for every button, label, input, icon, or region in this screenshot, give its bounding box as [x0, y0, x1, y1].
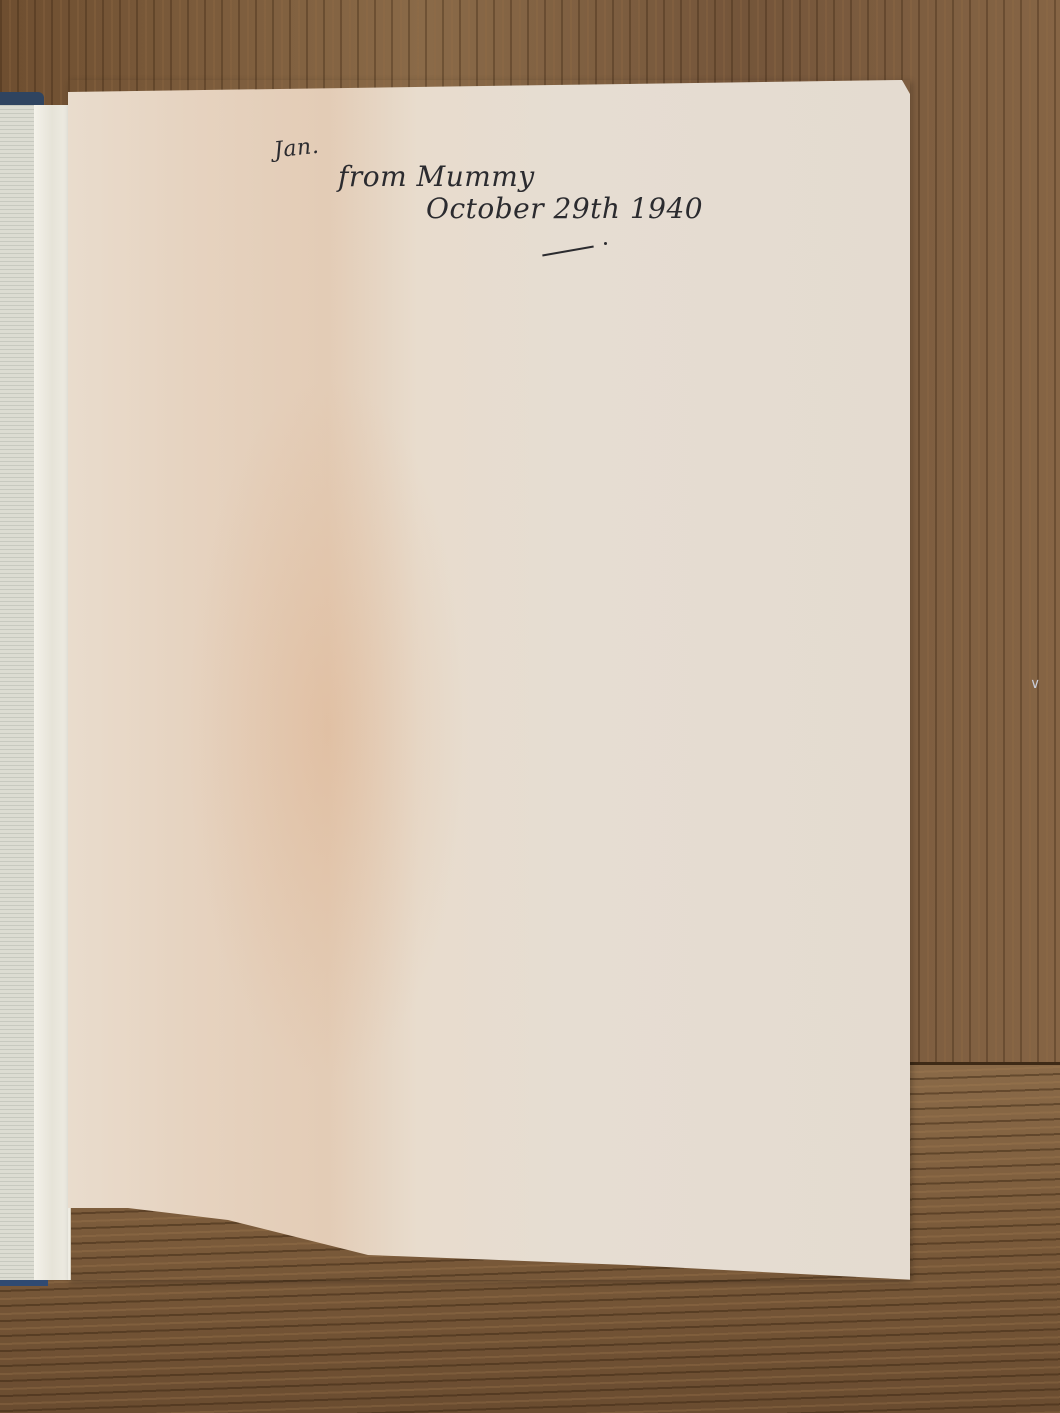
inscription-recipient: Jan. — [273, 134, 320, 164]
floor-scratch-mark: ∨ — [1030, 676, 1040, 692]
book-hinge — [34, 105, 71, 1280]
book-spine-cloth — [0, 105, 36, 1280]
endpaper-page — [68, 80, 910, 1280]
inscription-dot — [604, 242, 607, 245]
inscription-date: October 29th 1940 — [426, 192, 703, 225]
inscription-from: from Mummy — [338, 160, 535, 193]
